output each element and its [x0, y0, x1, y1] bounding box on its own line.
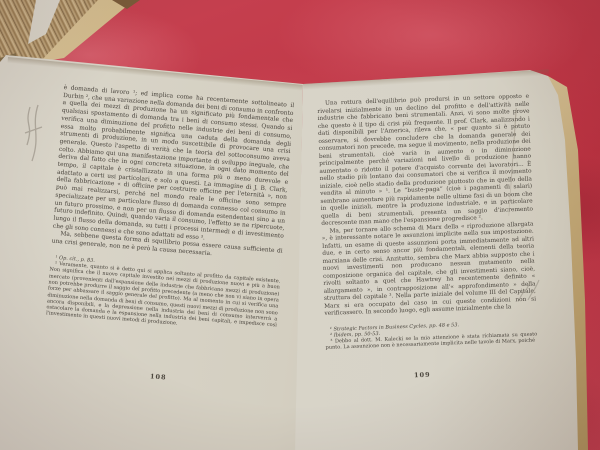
pencil-annotation-right-margin [514, 276, 544, 304]
body-paragraph: Una rottura dell'equilibrio può prodursi… [317, 94, 533, 229]
left-page-text: è domanda di lavoro ¹; ed implica come h… [46, 85, 295, 335]
page-number-right: 109 [414, 371, 431, 380]
body-paragraph: è domanda di lavoro ¹; ed implica come h… [53, 85, 295, 249]
pencil-annotation-left-margin [18, 103, 52, 167]
page-number-left: 108 [150, 372, 167, 381]
body-paragraph: Ma, per tornare allo schema di Marx dell… [321, 221, 536, 318]
book-photo: è domanda di lavoro ¹; ed implica come h… [0, 0, 600, 450]
right-page-text: Una rottura dell'equilibrio può prodursi… [317, 94, 538, 352]
